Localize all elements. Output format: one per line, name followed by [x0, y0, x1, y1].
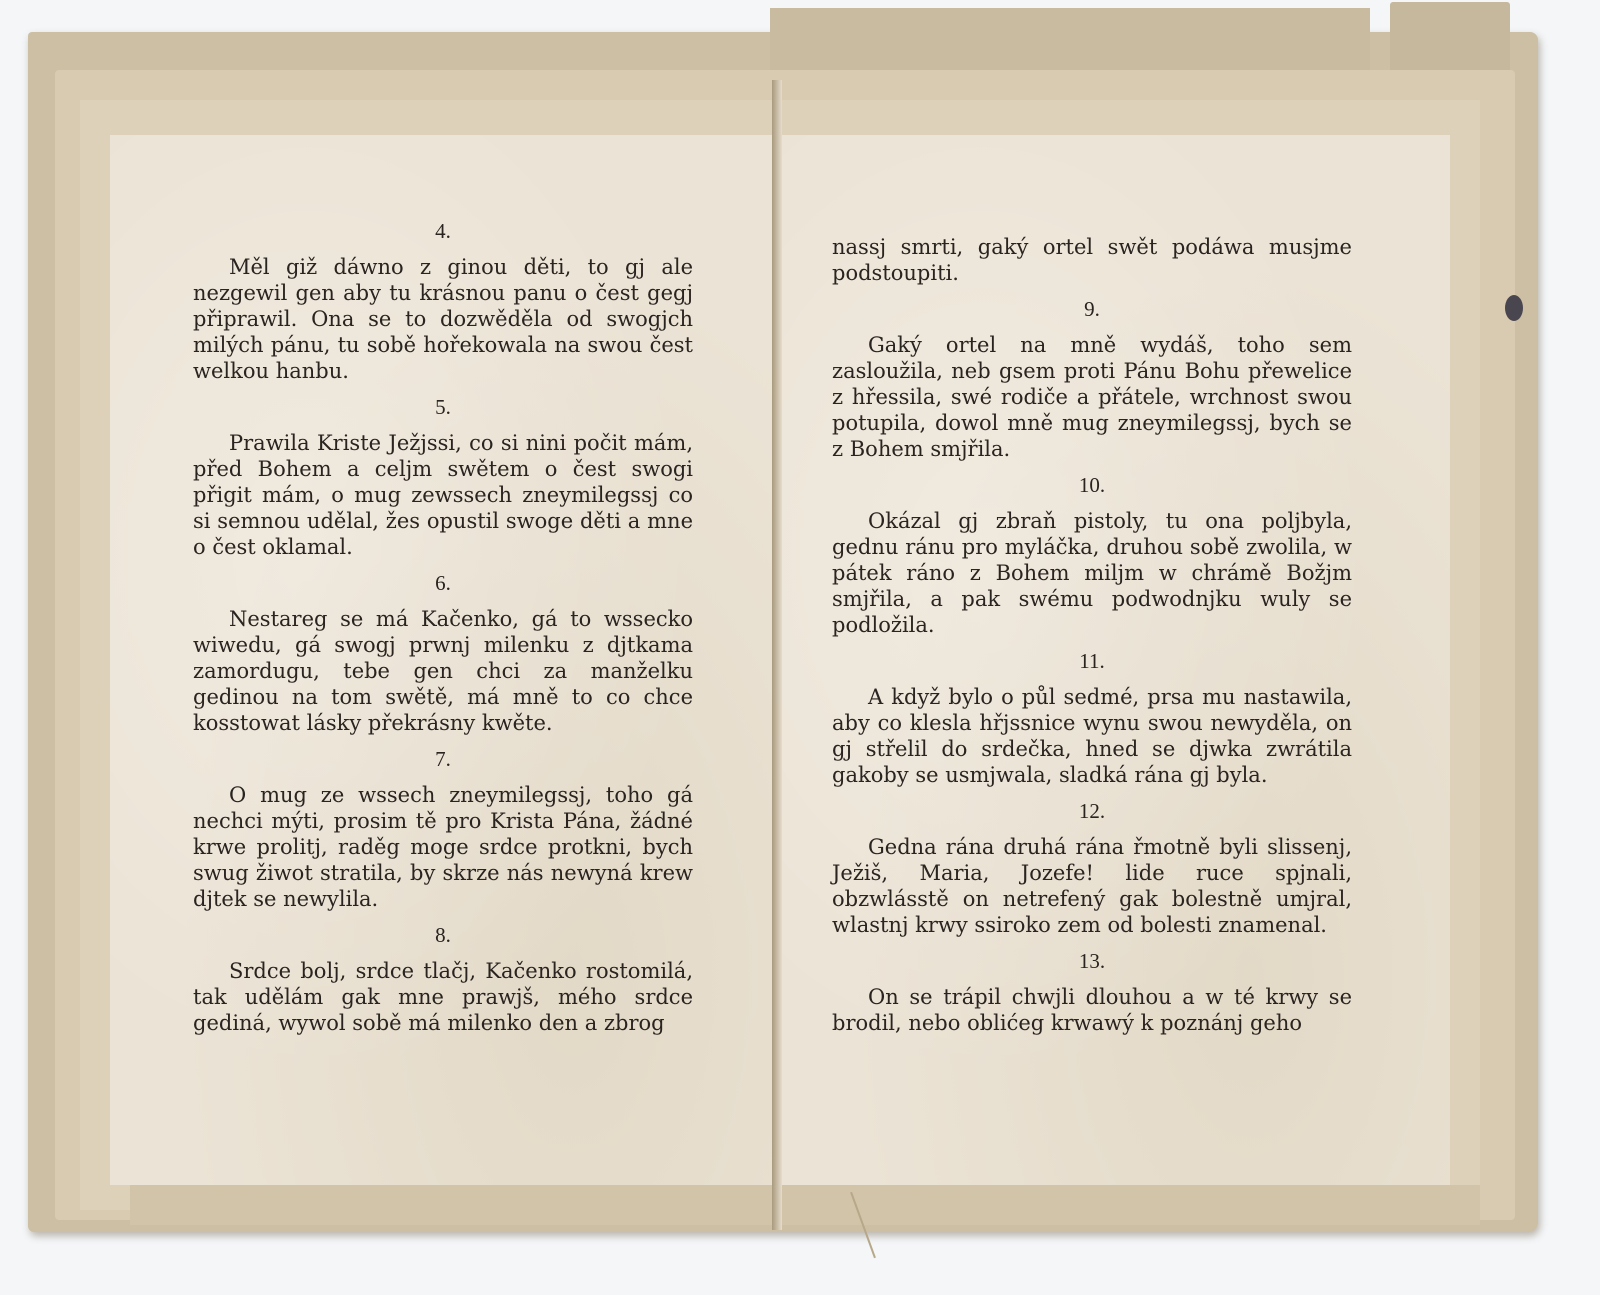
stanza: 5. Prawila Kriste Ježjssi, co si nini po… — [193, 394, 693, 560]
stanza-text: O mug ze wssech zneymilegssj, toho gá ne… — [193, 782, 693, 912]
left-page-text: 4. Měl giž dáwno z ginou děti, to gj ale… — [193, 210, 693, 1046]
stanza-number: 5. — [193, 394, 693, 420]
stanza-number: 4. — [193, 218, 693, 244]
stanza-number: 12. — [832, 798, 1352, 824]
stanza-number: 10. — [832, 472, 1352, 498]
stanza: 8. Srdce bolj, srdce tlačj, Kačenko rost… — [193, 922, 693, 1036]
continued-text: nassj smrti, gaký ortel swět podáwa musj… — [832, 234, 1352, 286]
rust-stain — [1505, 295, 1523, 321]
stanza-number: 9. — [832, 296, 1352, 322]
stanza-number: 8. — [193, 922, 693, 948]
stanza-text: Okázal gj zbraň pistoly, tu ona poljbyla… — [832, 508, 1352, 638]
stanza: 7. O mug ze wssech zneymilegssj, toho gá… — [193, 746, 693, 912]
stanza: 13. On se trápil chwjli dlouhou a w té k… — [832, 948, 1352, 1036]
stanza: 12. Gedna rána druhá rána řmotně byli sl… — [832, 798, 1352, 938]
stanza-number: 6. — [193, 570, 693, 596]
stanza-text: A když bylo o půl sedmé, prsa mu nastawi… — [832, 684, 1352, 788]
book-spine — [772, 80, 782, 1230]
bottom-page-edges — [130, 1185, 1480, 1225]
stanza-text: Měl giž dáwno z ginou děti, to gj ale ne… — [193, 254, 693, 384]
stanza-number: 13. — [832, 948, 1352, 974]
stanza: 6. Nestareg se má Kačenko, gá to wssecko… — [193, 570, 693, 736]
stanza-text: On se trápil chwjli dlouhou a w té krwy … — [832, 984, 1352, 1036]
stanza: 4. Měl giž dáwno z ginou děti, to gj ale… — [193, 218, 693, 384]
stanza: 11. A když bylo o půl sedmé, prsa mu nas… — [832, 648, 1352, 788]
stanza: 10. Okázal gj zbraň pistoly, tu ona polj… — [832, 472, 1352, 638]
stanza-text: Nestareg se má Kačenko, gá to wssecko wi… — [193, 606, 693, 736]
stanza-number: 7. — [193, 746, 693, 772]
stanza-text: Gedna rána druhá rána řmotně byli slisse… — [832, 834, 1352, 938]
stanza-text: Srdce bolj, srdce tlačj, Kačenko rostomi… — [193, 958, 693, 1036]
right-page-text: nassj smrti, gaký ortel swět podáwa musj… — [832, 234, 1352, 1046]
stanza: 9. Gaký ortel na mně wydáš, toho sem zas… — [832, 296, 1352, 462]
stanza-text: Prawila Kriste Ježjssi, co si nini počit… — [193, 430, 693, 560]
stanza-text: Gaký ortel na mně wydáš, toho sem zaslou… — [832, 332, 1352, 462]
stanza-number: 11. — [832, 648, 1352, 674]
